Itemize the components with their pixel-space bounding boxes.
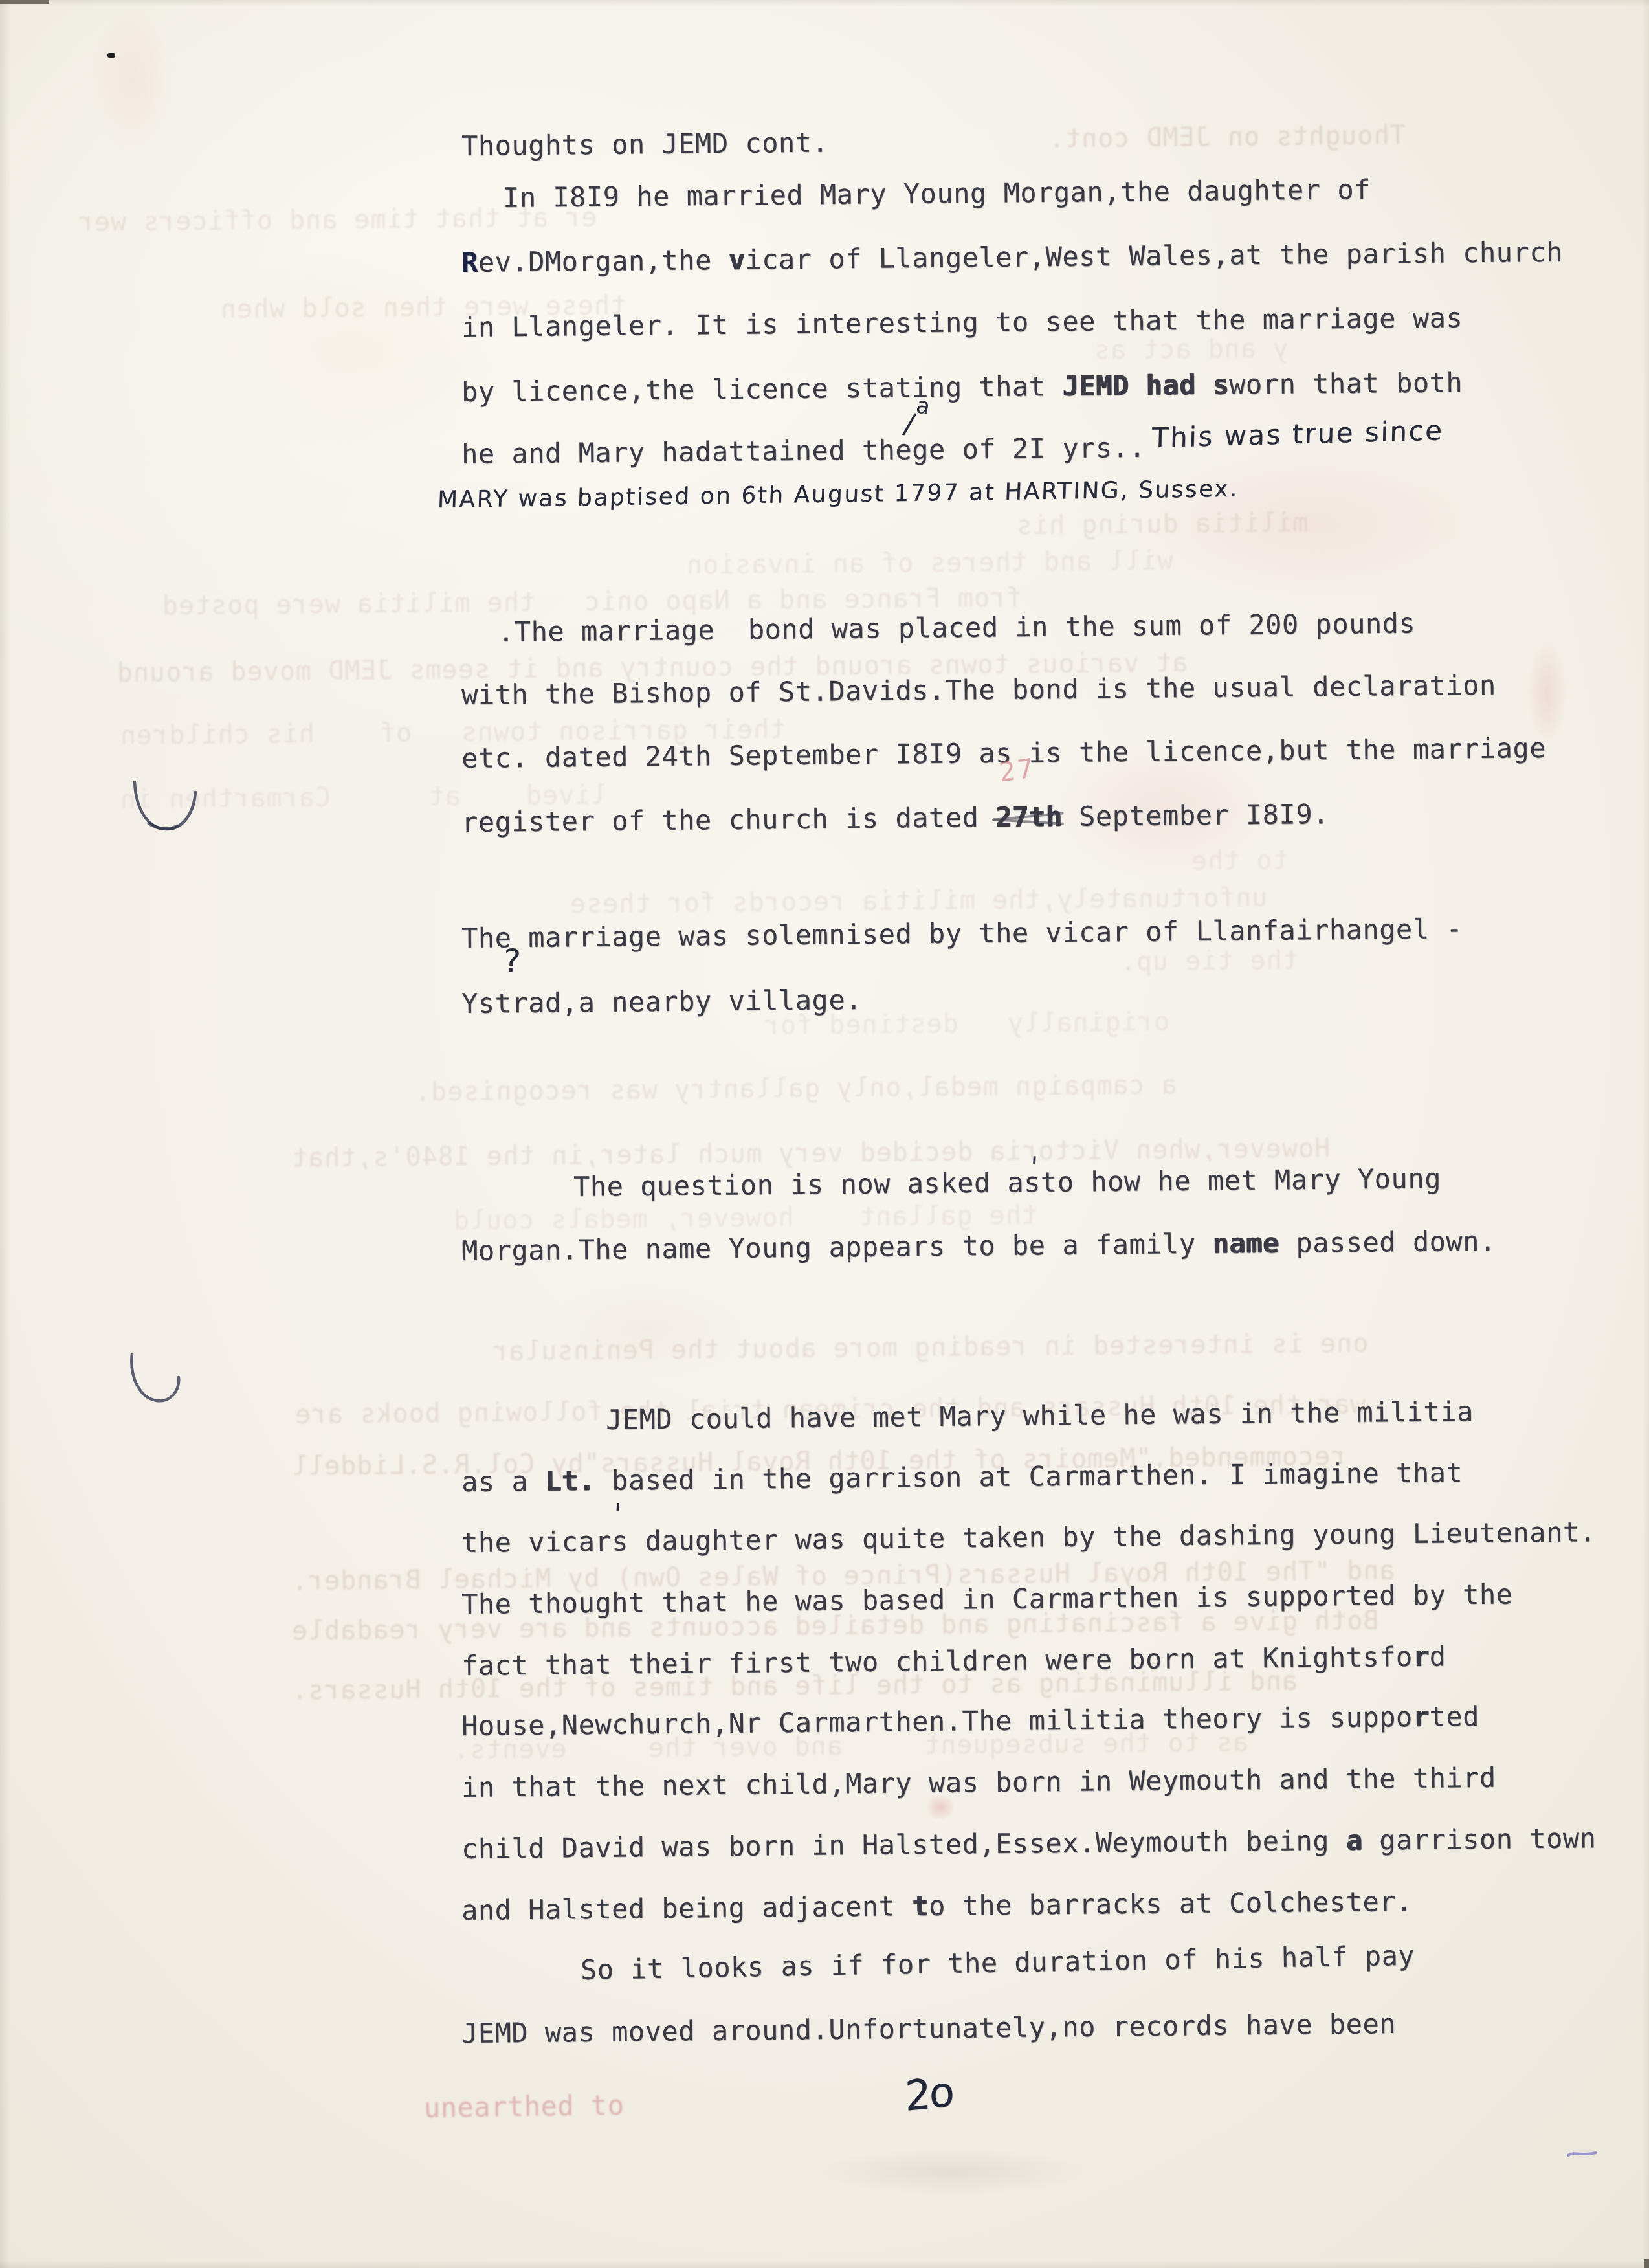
- margin-crescent-mark-2: [123, 1348, 188, 1410]
- handwritten-annotation: MARY was baptised on 6th August 1797 at …: [437, 476, 1239, 513]
- handwritten-annotation: ': [613, 1498, 624, 1531]
- scanned-page: Thoughts on JEMD cont.er at that time an…: [0, 0, 1649, 2268]
- typed-segment: as a: [461, 1465, 545, 1498]
- typed-line: JEMD could have met Mary while he was in…: [606, 1397, 1474, 1434]
- typed-segment: child David was born in Halsted,Essex.We…: [461, 1825, 1346, 1865]
- typed-line: The question is now asked asto how he me…: [573, 1164, 1441, 1201]
- typed-segment-hand-over: R: [461, 247, 478, 278]
- typed-segment-ov: v: [728, 244, 745, 276]
- typed-line: by licence,the licence stating that JEMD…: [461, 368, 1463, 406]
- typed-segment: September I8I9.: [1062, 798, 1329, 832]
- ghost-line: Thoughts on JEMD cont.: [1048, 122, 1406, 151]
- handwritten-annotation: ?: [502, 942, 523, 980]
- typed-line: JEMD was moved around.Unfortunately,no r…: [461, 2010, 1396, 2048]
- typed-segment: worn that both: [1229, 366, 1463, 400]
- ghost-line: unfortunately,the militia records for th…: [570, 885, 1268, 917]
- scan-edge-shadow-bottom: [0, 2260, 1649, 2268]
- handwritten-annotation: 27: [998, 753, 1036, 788]
- typed-line: fact that their first two children were …: [461, 1642, 1446, 1680]
- typed-line: So it looks as if for the duration of hi…: [581, 1942, 1415, 1985]
- typed-segment: House,Newchurch,Nr Carmarthen.The militi…: [461, 1701, 1413, 1742]
- typed-segment-ov: JEMD had: [1062, 369, 1196, 402]
- scan-edge-shadow-left: [0, 0, 10, 2268]
- typed-line: the vicars daughter was quite taken by t…: [461, 1518, 1597, 1557]
- pink-stain: [1527, 641, 1566, 744]
- typed-segment: he and Mary hadattained thege of 2I yrs.…: [461, 432, 1146, 470]
- ghost-line: will and theres of an invasion: [686, 548, 1173, 578]
- typed-line: .The marriage bond was placed in the sum…: [498, 609, 1416, 647]
- typed-segment-ov: s: [1212, 369, 1229, 401]
- typed-segment: the vicars daughter was quite taken by t…: [461, 1516, 1597, 1559]
- ghost-line: the gallant however, medals could: [453, 1203, 1037, 1234]
- typed-segment: ev.DMorgan,the: [478, 244, 729, 278]
- typed-line: in that the next child,Mary was born in …: [461, 1764, 1496, 1802]
- typed-line: The marriage was solemnised by the vicar…: [461, 915, 1463, 953]
- margin-crescent-mark-1: [127, 772, 207, 839]
- typed-segment: in that the next child,Mary was born in …: [461, 1762, 1496, 1803]
- handwritten-page-number: 2o: [904, 2071, 953, 2118]
- typed-segment: o the barracks at Colchester.: [929, 1885, 1413, 1922]
- ghost-line: to the: [1191, 847, 1289, 874]
- gray-smudge: [815, 2149, 1087, 2194]
- typed-line: Rev.DMorgan,the vicar of Llangeler,West …: [461, 238, 1563, 277]
- pink-speck-field: [91, 6, 175, 155]
- typed-segment-ov: r: [1413, 1701, 1430, 1733]
- ghost-line: a campaign medal,only gallantry was reco…: [414, 1072, 1177, 1105]
- typed-segment: ted: [1429, 1700, 1479, 1733]
- scan-edge-shadow-right: [1643, 0, 1649, 2268]
- typed-line: as a Lt. based in the garrison at Carmar…: [461, 1458, 1463, 1496]
- typed-segment: Thoughts on JEMD cont.: [461, 127, 829, 162]
- ghost-line: the tie up.: [1120, 948, 1298, 975]
- typed-line: child David was born in Halsted,Essex.We…: [461, 1824, 1597, 1863]
- typed-segment: In I8I9 he married Mary Young Morgan,the…: [503, 173, 1371, 214]
- typed-line: Thoughts on JEMD cont.: [461, 129, 829, 161]
- typed-line: in Llangeler. It is interesting to see t…: [461, 304, 1463, 342]
- typed-segment-ov: name: [1212, 1227, 1279, 1260]
- typed-segment: icar of Llangeler,West Wales,at the pari…: [745, 236, 1563, 276]
- typed-segment-ov: Lt.: [545, 1465, 595, 1497]
- typed-segment: JEMD was moved around.Unfortunately,no r…: [461, 2008, 1396, 2049]
- handwritten-annotation: This was true since: [1151, 414, 1444, 454]
- typed-segment-ov: t: [912, 1890, 929, 1922]
- ghost-line: one is interested in reading more about …: [492, 1331, 1369, 1365]
- typed-segment: and Halsted being adjacent: [461, 1890, 913, 1926]
- typed-segment-ov: 27th: [995, 803, 1063, 832]
- typed-segment: garrison town: [1362, 1822, 1596, 1856]
- typed-segment: by licence,the licence stating that: [461, 370, 1063, 408]
- ink-speck: [107, 53, 115, 58]
- typed-segment-ov: a: [1345, 1825, 1362, 1856]
- typed-line: he and Mary hadattained thege of 2I yrs.…: [461, 434, 1146, 469]
- handwritten-annotation: ': [1030, 1151, 1041, 1183]
- scan-edge-shadow-top: [0, 0, 1649, 6]
- typed-line: and Halsted being adjacent to the barrac…: [461, 1887, 1413, 1925]
- typed-line: register of the church is dated 27th Sep…: [461, 800, 1329, 837]
- ghost-line: militia during his: [1016, 510, 1309, 539]
- faded-red-footer-text: unearthed to: [424, 2092, 625, 2122]
- typed-segment: Ystrad,a nearby village.: [461, 984, 862, 1019]
- typed-segment: passed down.: [1279, 1225, 1496, 1259]
- typed-segment: Morgan.The name Young appears to be a fa…: [461, 1228, 1213, 1267]
- typed-segment: register of the church is dated: [461, 801, 996, 838]
- typed-line: House,Newchurch,Nr Carmarthen.The militi…: [461, 1702, 1479, 1740]
- typed-line: Ystrad,a nearby village.: [461, 986, 862, 1018]
- typed-segment: So it looks as if for the duration of hi…: [581, 1940, 1415, 1986]
- typed-segment-ov: r: [1413, 1641, 1430, 1673]
- typed-line: In I8I9 he married Mary Young Morgan,the…: [503, 175, 1371, 212]
- typed-segment: d: [1429, 1640, 1446, 1672]
- typed-segment: [1195, 369, 1212, 401]
- typed-segment: The marriage was solemnised by the vicar…: [461, 913, 1463, 954]
- ghost-line: y and act as: [1094, 336, 1289, 364]
- blue-squiggle-mark: [1566, 2148, 1599, 2161]
